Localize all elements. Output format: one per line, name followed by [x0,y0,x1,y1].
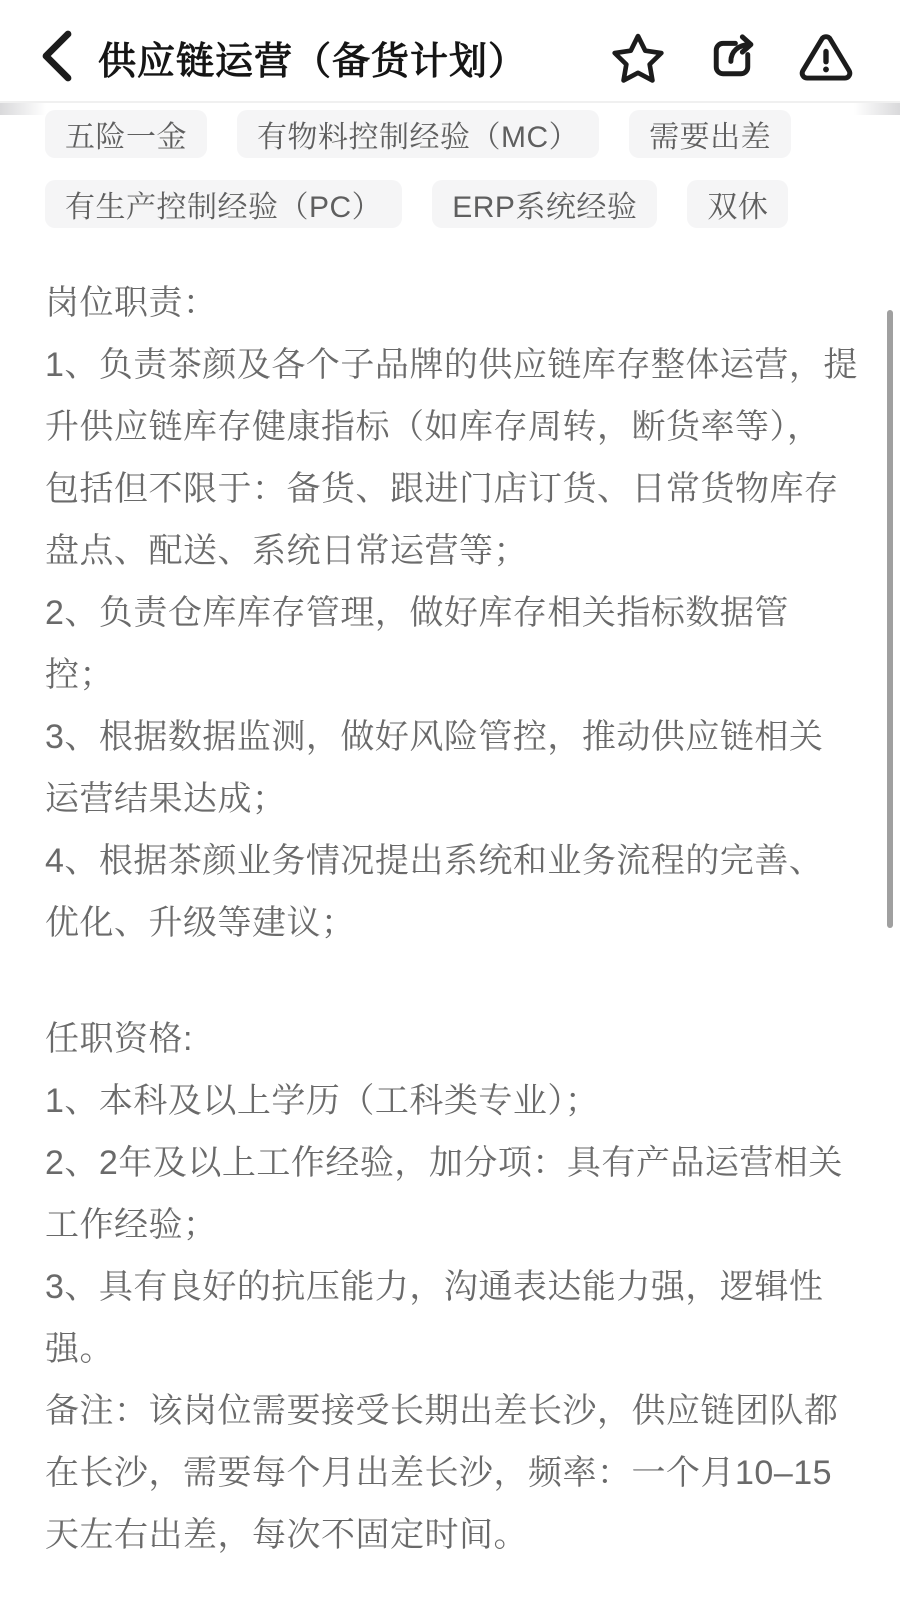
job-tag: 有生产控制经验（PC） [45,180,402,228]
report-warning-icon [798,30,854,86]
job-tag: 双休 [687,180,788,228]
job-tag: 有物料控制经验（MC） [237,110,599,158]
text-line: 强。 [45,1314,852,1376]
text-line: 1、本科及以上学历（工科类专业）； [45,1066,852,1128]
text-line: 任职资格: [45,1004,852,1066]
text-line: 盘点、配送、系统日常运营等； [45,516,852,578]
text-line: 1、负责茶颜及各个子品牌的供应链库存整体运营，提 [45,330,852,392]
job-tag: 五险一金 [45,110,207,158]
back-chevron-icon [40,30,74,85]
text-line: 2、负责仓库库存管理，做好库存相关指标数据管 [45,578,852,640]
text-line: 天左右出差，每次不固定时间。 [45,1500,852,1562]
job-detail-screen: 供应链运营（备货计划） [0,0,900,1599]
nav-actions [610,30,854,86]
text-line: 控； [45,640,852,702]
job-tag: ERP系统经验 [432,180,657,228]
text-line: 在长沙，需要每个月出差长沙，频率：一个月10–15 [45,1438,852,1500]
text-line: 包括但不限于：备货、跟进门店订货、日常货物库存 [45,454,852,516]
tag-row-1: 五险一金有物料控制经验（MC）需要出差 [45,110,855,158]
star-icon [610,30,666,86]
section-responsibilities: 岗位职责：1、负责茶颜及各个子品牌的供应链库存整体运营，提升供应链库存健康指标（… [45,268,852,950]
section-qualifications: 任职资格:1、本科及以上学历（工科类专业）；2、2年及以上工作经验，加分项：具有… [45,1004,852,1562]
text-line: 工作经验； [45,1190,852,1252]
share-button[interactable] [704,30,760,86]
favorite-button[interactable] [610,30,666,86]
text-line: 升供应链库存健康指标（如库存周转，断货率等）， [45,392,852,454]
job-tag: 需要出差 [629,110,791,158]
text-line: 运营结果达成； [45,764,852,826]
text-line: 岗位职责： [45,268,852,330]
tag-row-2: 有生产控制经验（PC）ERP系统经验双休 [45,180,855,228]
text-line: 2、2年及以上工作经验，加分项：具有产品运营相关 [45,1128,852,1190]
page-title: 供应链运营（备货计划） [98,30,527,85]
text-line: 优化、升级等建议； [45,888,852,950]
share-icon [705,31,759,85]
job-tags-section: 五险一金有物料控制经验（MC）需要出差有生产控制经验（PC）ERP系统经验双休 [45,110,855,228]
text-line: 备注：该岗位需要接受长期出差长沙，供应链团队都 [45,1376,852,1438]
report-button[interactable] [798,30,854,86]
back-button[interactable] [40,31,80,85]
scrollbar-thumb[interactable] [887,310,893,928]
text-line: 3、根据数据监测，做好风险管控，推动供应链相关 [45,702,852,764]
job-description: 岗位职责：1、负责茶颜及各个子品牌的供应链库存整体运营，提升供应链库存健康指标（… [45,268,852,1562]
text-line: 3、具有良好的抗压能力，沟通表达能力强，逻辑性 [45,1252,852,1314]
text-line: 4、根据茶颜业务情况提出系统和业务流程的完善、 [45,826,852,888]
nav-bar: 供应链运营（备货计划） [0,0,900,103]
